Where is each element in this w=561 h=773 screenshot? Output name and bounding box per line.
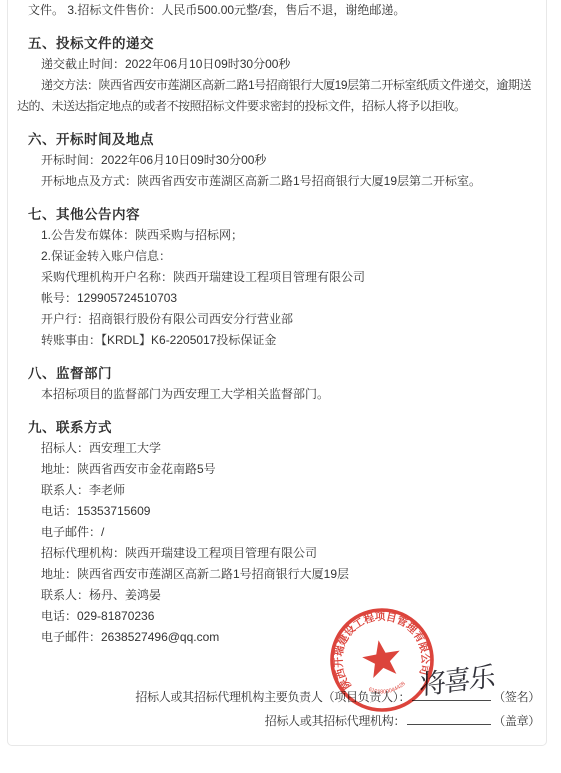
signature-row-2: 招标人或其招标代理机构：（盖章）	[17, 709, 540, 733]
field-tenderer: 招标人：西安理工大学	[41, 438, 540, 459]
field-tenderer-contact: 联系人：李老师	[41, 480, 540, 501]
document-page: 文件。 3.招标文件售价：人民币500.00元整/套，售后不退，谢绝邮递。 五、…	[7, 0, 547, 746]
field-opening-place: 开标地点及方式：陕西省西安市莲湖区高新二路1号招商银行大厦19层第二开标室。	[41, 171, 540, 192]
field-transfer-reason: 转账事由：【KRDL】K6-2205017投标保证金	[41, 330, 540, 351]
paragraph-submit-method: 递交方法：陕西省西安市莲湖区高新二路1号招商银行大厦19层第二开标室纸质文件递交…	[17, 75, 540, 117]
stamp-line	[407, 711, 491, 725]
section-6-heading: 六、开标时间及地点	[28, 129, 540, 150]
field-agency-email: 电子邮件：2638527496@qq.com	[41, 627, 540, 648]
field-supervisor: 本招标项目的监督部门为西安理工大学相关监督部门。	[41, 384, 540, 405]
signature-row-1-suffix: （签名）	[493, 690, 540, 704]
signature-block: 招标人或其招标代理机构主要负责人（项目负责人）：（签名） 招标人或其招标代理机构…	[17, 685, 540, 733]
field-agency-phone: 电话：029-81870236	[41, 606, 540, 627]
field-tenderer-phone: 电话：15353715609	[41, 501, 540, 522]
field-agency-contact: 联系人：杨丹、姜鸿晏	[41, 585, 540, 606]
field-deadline: 递交截止时间：2022年06月10日09时30分00秒	[41, 54, 540, 75]
field-deposit-info: 2.保证金转入账户信息：	[41, 246, 540, 267]
field-bank: 开户行：招商银行股份有限公司西安分行营业部	[41, 309, 540, 330]
field-publish-media: 1.公告发布媒体：陕西采购与招标网；	[41, 225, 540, 246]
section-7-heading: 七、其他公告内容	[28, 204, 540, 225]
field-tenderer-address: 地址：陕西省西安市金花南路5号	[41, 459, 540, 480]
section-8-heading: 八、监督部门	[28, 363, 540, 384]
field-opening-time: 开标时间：2022年06月10日09时30分00秒	[41, 150, 540, 171]
field-account-number: 帐号：129905724510703	[41, 288, 540, 309]
signature-row-1-label: 招标人或其招标代理机构主要负责人（项目负责人）：	[135, 690, 410, 704]
field-agency-address: 地址：陕西省西安市莲湖区高新二路1号招商银行大厦19层	[41, 564, 540, 585]
field-tenderer-email: 电子邮件：/	[41, 522, 540, 543]
signature-row-2-label: 招标人或其招标代理机构：	[265, 714, 405, 728]
paragraph-continuation: 文件。 3.招标文件售价：人民币500.00元整/套，售后不退，谢绝邮递。	[28, 0, 540, 21]
section-9-heading: 九、联系方式	[28, 417, 540, 438]
section-5-heading: 五、投标文件的递交	[28, 33, 540, 54]
field-agency: 招标代理机构：陕西开瑞建设工程项目管理有限公司	[41, 543, 540, 564]
field-account-name: 采购代理机构开户名称：陕西开瑞建设工程项目管理有限公司	[41, 267, 540, 288]
signature-row-2-suffix: （盖章）	[493, 714, 540, 728]
